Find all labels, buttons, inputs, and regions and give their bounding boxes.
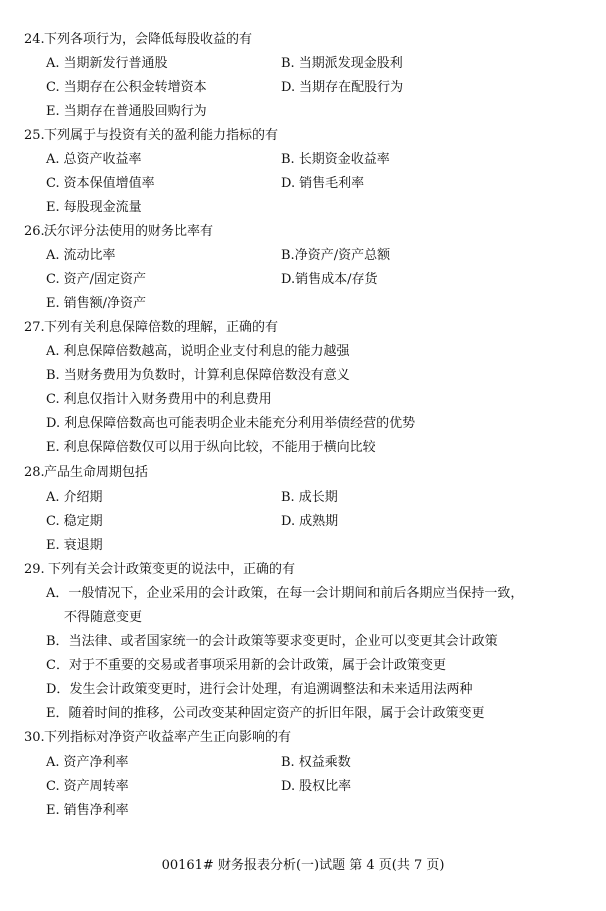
question-27-stem: 27.下列有关利息保障倍数的理解，正确的有 bbox=[24, 320, 278, 336]
question-27-option-c: C.利息仅指计入财务费用中的利息费用 bbox=[46, 392, 272, 408]
question-30-option-d: D.股权比率 bbox=[281, 779, 351, 795]
question-28-stem: 28.产品生命周期包括 bbox=[24, 465, 148, 481]
option-label: E. bbox=[46, 296, 60, 312]
question-29-option-d: D．发生会计政策变更时，进行会计处理，有追溯调整法和未来适用法两种 bbox=[46, 682, 472, 698]
question-text: 下列各项行为，会降低每股收益的有 bbox=[44, 32, 252, 47]
question-text: 下列有关利息保障倍数的理解，正确的有 bbox=[44, 320, 278, 335]
option-label: B. bbox=[281, 56, 295, 72]
question-30-option-a: A.资产净利率 bbox=[46, 755, 129, 771]
option-text: 利息保障倍数高也可能表明企业未能充分利用举债经营的优势 bbox=[64, 416, 415, 431]
option-text: 总资产收益率 bbox=[64, 152, 142, 167]
option-label: E. bbox=[46, 538, 60, 554]
option-label: A. bbox=[46, 490, 60, 506]
option-label: C. bbox=[46, 779, 60, 795]
option-label: A. bbox=[46, 152, 60, 168]
question-25-option-d: D.销售毛利率 bbox=[281, 176, 364, 192]
question-27-option-e: E.利息保障倍数仅可以用于纵向比较，不能用于横向比较 bbox=[46, 440, 376, 456]
option-label: B. bbox=[281, 152, 295, 168]
question-25-option-b: B.长期资金收益率 bbox=[281, 152, 390, 168]
option-text: 当期新发行普通股 bbox=[64, 56, 168, 71]
question-28-option-a: A.介绍期 bbox=[46, 490, 103, 506]
option-text: 当期存在普通股回购行为 bbox=[64, 104, 207, 119]
option-label: D. bbox=[281, 514, 295, 530]
option-text: 长期资金收益率 bbox=[299, 152, 390, 167]
question-text: 下列有关会计政策变更的说法中，正确的有 bbox=[48, 562, 295, 577]
option-label: D． bbox=[46, 682, 69, 697]
option-text: 当期存在配股行为 bbox=[299, 80, 403, 95]
question-24-option-e: E.当期存在普通股回购行为 bbox=[46, 104, 207, 120]
question-text: 产品生命周期包括 bbox=[44, 465, 148, 480]
question-25-stem: 25.下列属于与投资有关的盈利能力指标的有 bbox=[24, 128, 278, 144]
question-30-option-e: E.销售净利率 bbox=[46, 803, 129, 819]
exam-page: 24.下列各项行为，会降低每股收益的有 A.当期新发行普通股 B.当期派发现金股… bbox=[0, 0, 606, 911]
option-text: 当法律、或者国家统一的会计政策等要求变更时，企业可以变更其会计政策 bbox=[69, 634, 498, 649]
option-text: 利息保障倍数越高，说明企业支付利息的能力越强 bbox=[64, 344, 350, 359]
option-label: D. bbox=[281, 176, 295, 192]
question-text: 下列指标对净资产收益率产生正向影响的有 bbox=[44, 730, 291, 745]
option-text: 每股现金流量 bbox=[64, 200, 142, 215]
question-29-option-c: C．对于不重要的交易或者事项采用新的会计政策，属于会计政策变更 bbox=[46, 658, 446, 674]
option-text: 资产/固定资产 bbox=[64, 272, 146, 287]
option-label: E. bbox=[46, 803, 60, 819]
option-label: E. bbox=[46, 440, 60, 456]
question-number: 29. bbox=[24, 562, 48, 578]
option-text: 股权比率 bbox=[299, 779, 351, 794]
question-30-option-c: C.资产周转率 bbox=[46, 779, 129, 795]
option-text: 利息保障倍数仅可以用于纵向比较，不能用于横向比较 bbox=[64, 440, 376, 455]
question-25-option-a: A.总资产收益率 bbox=[46, 152, 142, 168]
option-label: C. bbox=[46, 80, 60, 96]
option-label: E． bbox=[46, 706, 69, 721]
question-30-stem: 30.下列指标对净资产收益率产生正向影响的有 bbox=[24, 730, 291, 746]
option-text: 流动比率 bbox=[64, 248, 116, 263]
option-text: 介绍期 bbox=[64, 490, 103, 505]
question-29-option-e: E．随着时间的推移，公司改变某种固定资产的折旧年限，属于会计政策变更 bbox=[46, 706, 485, 722]
question-28-option-e: E.衰退期 bbox=[46, 538, 103, 554]
question-number: 26. bbox=[24, 224, 44, 240]
question-29-option-a-continuation: 不得随意变更 bbox=[64, 610, 142, 626]
question-26-option-c: C.资产/固定资产 bbox=[46, 272, 146, 288]
question-24-option-a: A.当期新发行普通股 bbox=[46, 56, 168, 72]
option-label: C. bbox=[46, 272, 60, 288]
option-text: 销售成本/存货 bbox=[295, 272, 377, 287]
question-29-option-b: B．当法律、或者国家统一的会计政策等要求变更时，企业可以变更其会计政策 bbox=[46, 634, 498, 650]
option-label: E. bbox=[46, 200, 60, 216]
question-26-stem: 26.沃尔评分法使用的财务比率有 bbox=[24, 224, 213, 240]
question-26-option-d: D.销售成本/存货 bbox=[281, 272, 377, 288]
option-text: 当期存在公积金转增资本 bbox=[64, 80, 207, 95]
option-label: A. bbox=[46, 248, 60, 264]
option-label: A． bbox=[46, 586, 68, 601]
question-number: 24. bbox=[24, 32, 44, 48]
question-27-option-a: A.利息保障倍数越高，说明企业支付利息的能力越强 bbox=[46, 344, 350, 360]
question-number: 25. bbox=[24, 128, 44, 144]
option-label: B. bbox=[281, 755, 295, 771]
question-29-option-a: A．一般情况下，企业采用的会计政策，在每一会计期间和前后各期应当保持一致， bbox=[46, 586, 523, 602]
question-text: 沃尔评分法使用的财务比率有 bbox=[44, 224, 213, 239]
question-28-option-c: C.稳定期 bbox=[46, 514, 103, 530]
option-label: B. bbox=[46, 368, 60, 384]
question-24-stem: 24.下列各项行为，会降低每股收益的有 bbox=[24, 32, 252, 48]
question-24-option-c: C.当期存在公积金转增资本 bbox=[46, 80, 207, 96]
option-text: 不得随意变更 bbox=[64, 610, 142, 625]
option-label: D. bbox=[46, 416, 60, 432]
option-text: 发生会计政策变更时，进行会计处理，有追溯调整法和未来适用法两种 bbox=[69, 682, 472, 697]
option-text: 销售毛利率 bbox=[299, 176, 364, 191]
option-label: C． bbox=[46, 658, 69, 673]
question-27-option-d: D.利息保障倍数高也可能表明企业未能充分利用举债经营的优势 bbox=[46, 416, 415, 432]
option-label: A. bbox=[46, 755, 60, 771]
question-25-option-c: C.资本保值增值率 bbox=[46, 176, 155, 192]
option-text: 一般情况下，企业采用的会计政策，在每一会计期间和前后各期应当保持一致， bbox=[68, 586, 523, 601]
question-30-option-b: B.权益乘数 bbox=[281, 755, 351, 771]
option-text: 衰退期 bbox=[64, 538, 103, 553]
option-label: D. bbox=[281, 779, 295, 795]
page-footer: 00161# 财务报表分析(一)试题 第 4 页(共 7 页) bbox=[0, 854, 606, 873]
question-28-option-b: B.成长期 bbox=[281, 490, 338, 506]
option-label: B. bbox=[281, 490, 295, 506]
question-24-option-d: D.当期存在配股行为 bbox=[281, 80, 403, 96]
option-text: 利息仅指计入财务费用中的利息费用 bbox=[64, 392, 272, 407]
option-text: 随着时间的推移，公司改变某种固定资产的折旧年限，属于会计政策变更 bbox=[69, 706, 485, 721]
option-label: A. bbox=[46, 56, 60, 72]
question-29-stem: 29.下列有关会计政策变更的说法中，正确的有 bbox=[24, 562, 295, 578]
option-text: 稳定期 bbox=[64, 514, 103, 529]
question-text: 下列属于与投资有关的盈利能力指标的有 bbox=[44, 128, 278, 143]
option-text: 资产净利率 bbox=[64, 755, 129, 770]
question-28-option-d: D.成熟期 bbox=[281, 514, 338, 530]
option-label: E. bbox=[46, 104, 60, 120]
question-26-option-b: B.净资产/资产总额 bbox=[281, 248, 390, 264]
option-label: D. bbox=[281, 272, 295, 287]
option-text: 成熟期 bbox=[299, 514, 338, 529]
option-text: 权益乘数 bbox=[299, 755, 351, 770]
question-26-option-e: E.销售额/净资产 bbox=[46, 296, 146, 312]
question-25-option-e: E.每股现金流量 bbox=[46, 200, 142, 216]
option-text: 当期派发现金股利 bbox=[299, 56, 403, 71]
option-label: C. bbox=[46, 514, 60, 530]
option-label: B． bbox=[46, 634, 69, 649]
option-text: 销售额/净资产 bbox=[64, 296, 146, 311]
question-24-option-b: B.当期派发现金股利 bbox=[281, 56, 403, 72]
option-label: B. bbox=[281, 248, 295, 263]
option-text: 销售净利率 bbox=[64, 803, 129, 818]
option-text: 当财务费用为负数时，计算利息保障倍数没有意义 bbox=[64, 368, 350, 383]
question-number: 30. bbox=[24, 730, 44, 746]
option-label: C. bbox=[46, 176, 60, 192]
question-27-option-b: B.当财务费用为负数时，计算利息保障倍数没有意义 bbox=[46, 368, 350, 384]
option-text: 资本保值增值率 bbox=[64, 176, 155, 191]
question-26-option-a: A.流动比率 bbox=[46, 248, 116, 264]
option-text: 成长期 bbox=[299, 490, 338, 505]
question-number: 28. bbox=[24, 465, 44, 481]
option-label: D. bbox=[281, 80, 295, 96]
option-text: 资产周转率 bbox=[64, 779, 129, 794]
question-number: 27. bbox=[24, 320, 44, 336]
option-text: 净资产/资产总额 bbox=[295, 248, 390, 263]
option-label: A. bbox=[46, 344, 60, 360]
option-text: 对于不重要的交易或者事项采用新的会计政策，属于会计政策变更 bbox=[69, 658, 446, 673]
option-label: C. bbox=[46, 392, 60, 408]
